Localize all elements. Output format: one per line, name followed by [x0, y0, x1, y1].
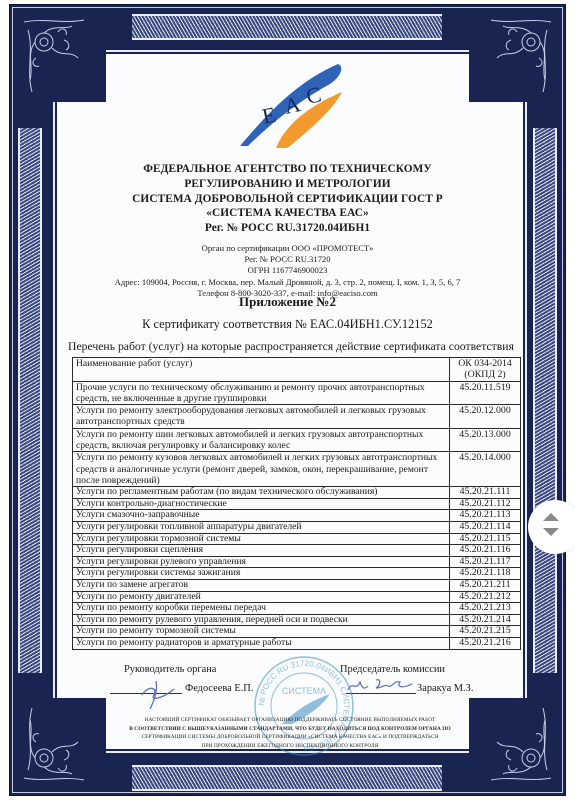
column-header-name: Наименование работ (услуг) — [73, 358, 450, 382]
certification-body-info: Орган по сертификации ООО «ПРОМОТЕСТ» Ре… — [0, 243, 575, 299]
table-row: Услуги регулировки топливной аппаратуры … — [73, 522, 521, 534]
right-signature-scribble — [346, 674, 416, 696]
ornament-corner-top-right — [469, 10, 561, 102]
service-name: Услуги по замене агрегатов — [73, 580, 450, 592]
service-code: 45.20.21.117 — [450, 556, 521, 568]
left-signatory-title: Руководитель органа — [124, 664, 216, 675]
service-code: 45.20.21.213 — [450, 603, 521, 615]
notice-line-2: В СООТВЕТСТВИИ С ВЫШЕУКАЗАННЫМИ СТАНДАРТ… — [96, 725, 484, 734]
service-name: Услуги контрольно-диагностические — [73, 498, 450, 510]
service-code: 45.20.21.116 — [450, 545, 521, 557]
table-row: Услуги по ремонту шин легковых автомобил… — [73, 428, 521, 452]
service-code: 45.20.21.212 — [450, 591, 521, 603]
service-code: 45.20.13.000 — [450, 428, 521, 452]
service-code: 45.20.21.216 — [450, 637, 521, 649]
service-name: Услуги по ремонту электрооборудования ле… — [73, 405, 450, 429]
organ-name: Орган по сертификации ООО «ПРОМОТЕСТ» — [0, 243, 575, 254]
service-name: Услуги по ремонту двигателей — [73, 591, 450, 603]
service-code: 45.20.21.211 — [450, 580, 521, 592]
table-row: Услуги регулировки рулевого управления45… — [73, 556, 521, 568]
system-name: «СИСТЕМА КАЧЕСТВА ЕАС» — [0, 206, 575, 221]
service-code: 45.20.21.115 — [450, 533, 521, 545]
scroll-down-icon[interactable] — [543, 528, 559, 536]
service-name: Услуги по ремонту шин легковых автомобил… — [73, 428, 450, 452]
table-row: Услуги регулировки сцепления45.20.21.116 — [73, 545, 521, 557]
table-row: Услуги по регламентным работам (по видам… — [73, 487, 521, 499]
table-row: Услуги регулировки системы зажигания45.2… — [73, 568, 521, 580]
service-name: Услуги по ремонту тормозной системы — [73, 626, 450, 638]
organ-address: Адрес: 109004, Россия, г. Москва, пер. М… — [0, 277, 575, 288]
service-name: Услуги регулировки топливной аппаратуры … — [73, 522, 450, 534]
service-name: Услуги регулировки системы зажигания — [73, 568, 450, 580]
service-code: 45.20.21.215 — [450, 626, 521, 638]
agency-line-2: РЕГУЛИРОВАНИЮ И МЕТРОЛОГИИ — [0, 177, 575, 192]
table-row: Услуги смазочно-заправочные45.20.21.113 — [73, 510, 521, 522]
ornament-corner-bottom-left — [14, 698, 106, 790]
service-name: Услуги по ремонту коробки перемены перед… — [73, 603, 450, 615]
column-header-code-line1: ОК 034-2014 — [458, 358, 512, 369]
table-row: Услуги по ремонту коробки перемены перед… — [73, 603, 521, 615]
table-row: Услуги контрольно-диагностические45.20.2… — [73, 498, 521, 510]
certificate-number: К сертификату соответствия № ЕАС.04ИБН1.… — [0, 317, 575, 332]
system-line: СИСТЕМА ДОБРОВОЛЬНОЙ СЕРТИФИКАЦИИ ГОСТ Р — [0, 192, 575, 207]
appendix-title: Приложение №2 — [0, 294, 575, 310]
table-row: Услуги регулировки тормозной системы45.2… — [73, 533, 521, 545]
service-name: Услуги по ремонту радиаторов и арматурны… — [73, 637, 450, 649]
ornament-corner-top-left — [14, 10, 106, 102]
table-row: Прочие услуги по техническому обслуживан… — [73, 381, 521, 405]
service-code: 45.20.11.519 — [450, 381, 521, 405]
border-rope-bottom — [132, 765, 442, 791]
organ-reg: Рег. № РОСС RU.31720 — [0, 254, 575, 265]
table-row: Услуги по ремонту рулевого управления, п… — [73, 614, 521, 626]
scroll-control[interactable] — [528, 500, 575, 554]
service-name: Услуги по ремонту кузовов легковых автом… — [73, 452, 450, 487]
services-list-title: Перечень работ (услуг) на которые распро… — [68, 340, 528, 353]
certificate-notice: НАСТОЯЩИЙ СЕРТИФИКАТ ОБЯЗЫВАЕТ ОРГАНИЗАЦ… — [96, 716, 484, 750]
scroll-up-icon[interactable] — [543, 513, 559, 521]
service-code: 45.20.21.114 — [450, 522, 521, 534]
notice-line-4: ПРИ ПРОХОЖДЕНИИ ЕЖЕГОДНОГО ИНСПЕКЦИОННОГ… — [96, 742, 484, 751]
system-reg-number: Рег. № РОСС RU.31720.04ИБН1 — [0, 221, 575, 236]
service-name: Услуги регулировки сцепления — [73, 545, 450, 557]
notice-line-1: НАСТОЯЩИЙ СЕРТИФИКАТ ОБЯЗЫВАЕТ ОРГАНИЗАЦ… — [96, 716, 484, 725]
service-code: 45.20.21.118 — [450, 568, 521, 580]
table-row: Услуги по ремонту тормозной системы45.20… — [73, 626, 521, 638]
agency-line-1: ФЕДЕРАЛЬНОЕ АГЕНТСТВО ПО ТЕХНИЧЕСКОМУ — [0, 162, 575, 177]
left-signature-scribble — [138, 675, 178, 709]
eac-logo: Е А С — [234, 58, 344, 148]
services-table: Наименование работ (услуг) ОК 034-2014 (… — [72, 357, 521, 650]
column-header-code-line2: (ОКПД 2) — [464, 369, 505, 380]
service-code: 45.20.12.000 — [450, 405, 521, 429]
service-name: Услуги регулировки рулевого управления — [73, 556, 450, 568]
service-name: Услуги регулировки тормозной системы — [73, 533, 450, 545]
table-row: Услуги по ремонту электрооборудования ле… — [73, 405, 521, 429]
service-code: 45.20.21.111 — [450, 487, 521, 499]
certificate-header: ФЕДЕРАЛЬНОЕ АГЕНТСТВО ПО ТЕХНИЧЕСКОМУ РЕ… — [0, 162, 575, 236]
table-row: Услуги по замене агрегатов45.20.21.211 — [73, 580, 521, 592]
border-rope-top — [132, 14, 442, 40]
table-row: Услуги по ремонту кузовов легковых автом… — [73, 452, 521, 487]
column-header-code: ОК 034-2014 (ОКПД 2) — [450, 358, 521, 382]
service-name: Прочие услуги по техническому обслуживан… — [73, 381, 450, 405]
table-row: Услуги по ремонту двигателей45.20.21.212 — [73, 591, 521, 603]
service-name: Услуги по регламентным работам (по видам… — [73, 487, 450, 499]
notice-line-3: СЕРТИФИКАЦИИ СИСТЕМЫ ДОБРОВОЛЬНОЙ СЕРТИФ… — [96, 733, 484, 742]
service-code: 45.20.21.113 — [450, 510, 521, 522]
table-row: Услуги по ремонту радиаторов и арматурны… — [73, 637, 521, 649]
right-signatory-name: Заракуа М.З. — [417, 683, 473, 694]
organ-ogrn: ОГРН 1167746900023 — [0, 265, 575, 276]
service-name: Услуги по ремонту рулевого управления, п… — [73, 614, 450, 626]
service-code: 45.20.14.000 — [450, 452, 521, 487]
service-name: Услуги смазочно-заправочные — [73, 510, 450, 522]
left-signatory-name: Федосеева Е.П. — [185, 683, 253, 694]
service-code: 45.20.21.112 — [450, 498, 521, 510]
table-header-row: Наименование работ (услуг) ОК 034-2014 (… — [73, 358, 521, 382]
service-code: 45.20.21.214 — [450, 614, 521, 626]
svg-text:СИСТЕМА: СИСТЕМА — [282, 686, 326, 696]
